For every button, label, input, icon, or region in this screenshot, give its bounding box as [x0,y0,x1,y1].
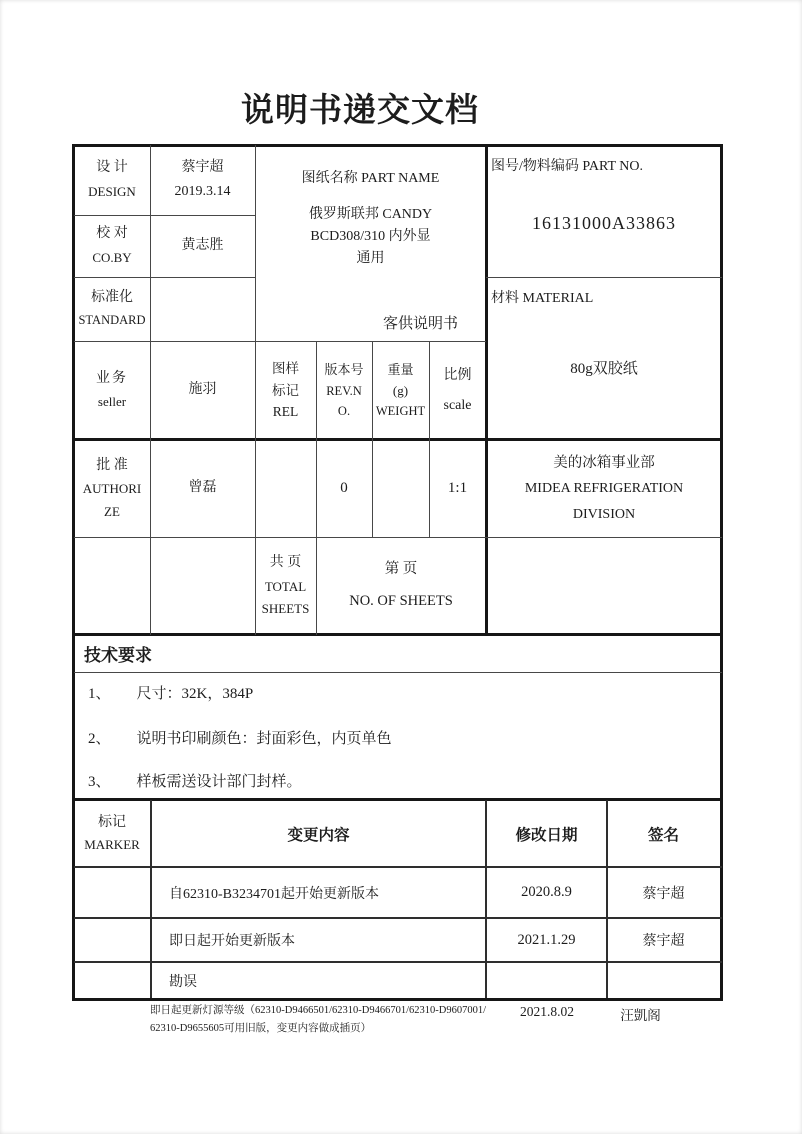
part-name-line: 通用 [309,248,432,270]
seller-label-en: seller [98,391,126,414]
revision-footnote-sign: 汪凱阁 [598,1004,683,1024]
check-label-cn: 校 对 [96,222,128,247]
part-no-value: 16131000A33863 [486,213,722,234]
marker-label-cn: 标记 [98,811,126,835]
seller-name: 施羽 [189,378,217,403]
tech-req-num: 3、 [88,770,111,791]
tech-req-num: 2、 [88,727,111,748]
grid-line [74,672,722,673]
rel-line: 标记 [272,380,299,402]
cell-content-header: 变更内容 [151,800,486,867]
rev-line: 版本号 [324,360,363,381]
weight-line: WEIGHT [376,401,425,421]
check-label-en: CO.BY [92,247,131,270]
part-name-label: 图纸名称 PART NAME [302,167,440,192]
revision-date: 2020.8.9 [521,884,572,901]
cell-division: 美的冰箱事业部 MIDEA REFRIGERATION DIVISION [486,440,722,537]
part-name-line: 俄罗斯联邦 CANDY [309,204,432,226]
cell-check-value: 黄志胜 [150,215,255,277]
revision-row-sign: 蔡宇超 [607,867,720,918]
cell-marker-header: 标记 MARKER [74,800,150,867]
cell-seller-value: 施羽 [150,341,255,440]
cell-rev-value: 0 [316,440,372,537]
tech-req-num: 1、 [88,682,111,703]
revision-sign: 蔡宇超 [643,883,685,903]
division-line: DIVISION [573,502,635,527]
cell-part-name: 图纸名称 PART NAME 俄罗斯联邦 CANDY BCD308/310 内外… [255,145,486,341]
tech-req-title: 技术要求 [84,641,152,666]
authorize-label-cn: 批 准 [96,454,128,479]
revision-date: 2021.1.29 [518,932,576,949]
revision-row-sign: 蔡宇超 [607,918,720,962]
rel-line: 图样 [272,358,299,380]
document-page: 说明书递交文档 设 计 DESIGN 蔡宇超 2019.3.14 校 对 CO.… [0,0,802,1134]
tech-req-text: 样板需送设计部门封样。 [137,770,302,791]
cell-authorize-value: 曾磊 [150,440,255,537]
division-line: 美的冰箱事业部 [553,450,655,476]
revision-row-content: 自62310-B3234701起开始更新版本 [169,867,481,918]
page-title: 说明书递交文档 [110,84,610,131]
marker-label-en: MARKER [84,834,140,856]
revision-footnote-date: 2021.8.02 [492,1004,602,1020]
revision-row-content: 即日起开始更新版本 [169,918,481,962]
revision-content: 勘误 [169,971,197,991]
footnote-line: 即日起更新灯源等级（62310-D9466501/62310-D9466701/… [150,1002,542,1020]
material-value: 80g双胶纸 [486,357,722,378]
rev-line: REV.NO. [321,381,367,421]
rev-value: 0 [340,475,348,501]
tech-req-item: 2、 说明书印刷颜色：封面彩色，内页单色 [88,727,392,748]
cell-no-of-sheets: 第 页 NO. OF SHEETS [316,537,486,635]
revision-row-content: 勘误 [169,962,481,999]
no-of-sheets-line: 第 页 [385,554,418,586]
division-line: MIDEA REFRIGERATION [525,476,683,501]
cell-scale-header: 比例 scale [429,341,486,440]
authorize-name: 曾磊 [189,476,217,501]
content-header-label: 变更内容 [287,823,349,845]
scale-line: scale [444,391,472,420]
total-sheets-line: 共 页 [270,551,302,576]
cell-scale-value: 1:1 [429,440,486,537]
tech-req-text: 尺寸：32K，384P [137,682,254,703]
cell-date-header: 修改日期 [486,800,607,867]
revision-row-date: 2021.1.29 [486,918,607,962]
cell-sign-header: 签名 [607,800,720,867]
design-label-cn: 设 计 [96,156,128,181]
cell-total-sheets: 共 页 TOTAL SHEETS [255,537,316,635]
part-no-label: 图号/物料编码 PART NO. [491,155,643,175]
cell-part-no: 图号/物料编码 PART NO. 16131000A33863 [486,145,722,277]
design-label-en: DESIGN [88,181,136,204]
cell-authorize-label: 批 准 AUTHORIZE [74,440,150,537]
part-name-note: 客供说明书 [383,311,458,337]
date-header-label: 修改日期 [515,823,577,845]
footnote-line: 62310-D9655605可用旧版，变更内容做成插页） [150,1020,542,1038]
total-sheets-line: SHEETS [262,598,310,621]
scale-value: 1:1 [448,475,467,501]
cell-design-value: 蔡宇超 2019.3.14 [150,145,255,215]
weight-line: 重量 [387,360,413,381]
authorize-label-en: AUTHORIZE [79,478,145,524]
scale-line: 比例 [444,361,472,390]
revision-footnote-content: 即日起更新灯源等级（62310-D9466501/62310-D9466701/… [150,1002,542,1039]
sign-header-label: 签名 [648,823,679,845]
cell-rel-header: 图样 标记 REL [255,341,316,440]
part-name-line: BCD308/310 内外显 [309,226,432,248]
cell-seller-label: 业务 seller [74,341,150,440]
tech-req-item: 1、 尺寸：32K，384P [88,682,253,703]
tech-req-item: 3、 样板需送设计部门封样。 [88,770,302,791]
cell-rev-header: 版本号 REV.NO. [316,341,372,440]
total-sheets-line: TOTAL [265,576,306,599]
revision-sign: 蔡宇超 [643,930,685,950]
seller-label-cn: 业务 [96,367,128,392]
cell-design-label: 设 计 DESIGN [74,145,150,215]
check-name: 黄志胜 [182,234,224,259]
no-of-sheets-line: NO. OF SHEETS [349,586,453,618]
cell-weight-header: 重量 (g) WEIGHT [372,341,429,440]
part-name-text: 俄罗斯联邦 CANDY BCD308/310 内外显 通用 [309,204,432,271]
rel-line: REL [273,401,299,423]
revision-content: 即日起开始更新版本 [169,930,295,950]
cell-check-label: 校 对 CO.BY [74,215,150,277]
cell-standard-label: 标准化 STANDARD [74,277,150,341]
material-label: 材料 MATERIAL [491,287,593,307]
design-date: 2019.3.14 [175,180,231,205]
standard-label-cn: 标准化 [91,286,133,311]
revision-content: 自62310-B3234701起开始更新版本 [169,883,379,903]
design-name: 蔡宇超 [182,156,224,181]
standard-label-en: STANDARD [78,310,145,332]
cell-material: 材料 MATERIAL 80g双胶纸 [486,277,722,440]
revision-row-date: 2020.8.9 [486,867,607,918]
weight-line: (g) [393,381,408,402]
tech-req-text: 说明书印刷颜色：封面彩色，内页单色 [137,727,392,748]
